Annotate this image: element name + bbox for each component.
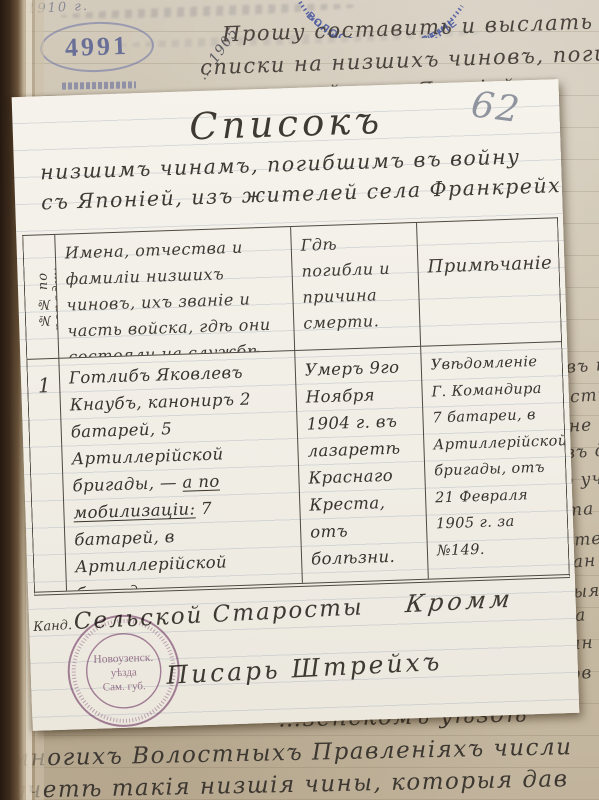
uyezd-stamp: Новоузенск. уѣзда Сам. губ. (63, 610, 185, 731)
underlying-text-line: многихъ Волостныхъ Правленіяхъ числи (10, 734, 573, 772)
table-row-name-cell: Готлибъ Яковлевъ Кнаубъ, канониръ 2 бата… (59, 351, 303, 591)
table-row-death-cell: Умеръ 9го Ноября 1904 г. въ лазаретѣ Кра… (295, 347, 429, 583)
header-death-label: Гдѣ погибли и причина смерти. (300, 229, 411, 337)
underlying-text-line: учетѣ такія низшія чины, которыя дав (12, 766, 569, 800)
table-header-note: Примѣчаніе (417, 218, 561, 347)
archival-photo: … 1910 г. 4991 ВОЛОСТНОЕ ПРАВЛЕНІЕ … 190… (0, 0, 599, 800)
margin-text-fragment: не (568, 415, 593, 437)
table-row-note-cell: Увѣдомленіе Г. Командира 7 батареи, в Ар… (421, 342, 569, 579)
registry-number: 4991 (64, 31, 129, 63)
letter-line: Прошу составить и выслать (222, 10, 594, 47)
faded-stamp-mark (62, 81, 136, 89)
table-header-death: Гдѣ погибли и причина смерти. (291, 223, 421, 351)
margin-text-fragment: въ ка (565, 354, 599, 378)
page-number-pencil: 62 (469, 84, 523, 131)
casualty-table: №№ по порядку Имена, отчества и фамиліи … (22, 217, 570, 596)
stamp-line2: уѣзда (111, 666, 138, 679)
row-note-text: Увѣдомленіе Г. Командира 7 батареи, в Ар… (430, 348, 560, 564)
list-document: Списокъ 62 низшимъ чинамъ, погибшимъ въ … (12, 79, 580, 731)
row-death-text: Умеръ 9го Ноября 1904 г. въ лазаретѣ Кра… (304, 353, 419, 572)
table-header-number: №№ по порядку (23, 235, 59, 360)
table-header-name: Имена, отчества и фамиліи низшихъ чиновъ… (55, 227, 295, 359)
header-note-label: Примѣчаніе (426, 224, 551, 280)
margin-text-fragment: сти (569, 385, 599, 408)
header-name-label: Имена, отчества и фамиліи низшихъ чиновъ… (64, 233, 286, 358)
row-name-text: Готлибъ Яковлевъ Кнаубъ, канониръ 2 бата… (69, 363, 252, 496)
stamp-line1: Новоузенск. (93, 652, 153, 666)
row-number: 1 (37, 365, 52, 397)
elder-signature: Кромм (404, 585, 516, 619)
stamp-line3: Сам. губ. (103, 680, 147, 693)
